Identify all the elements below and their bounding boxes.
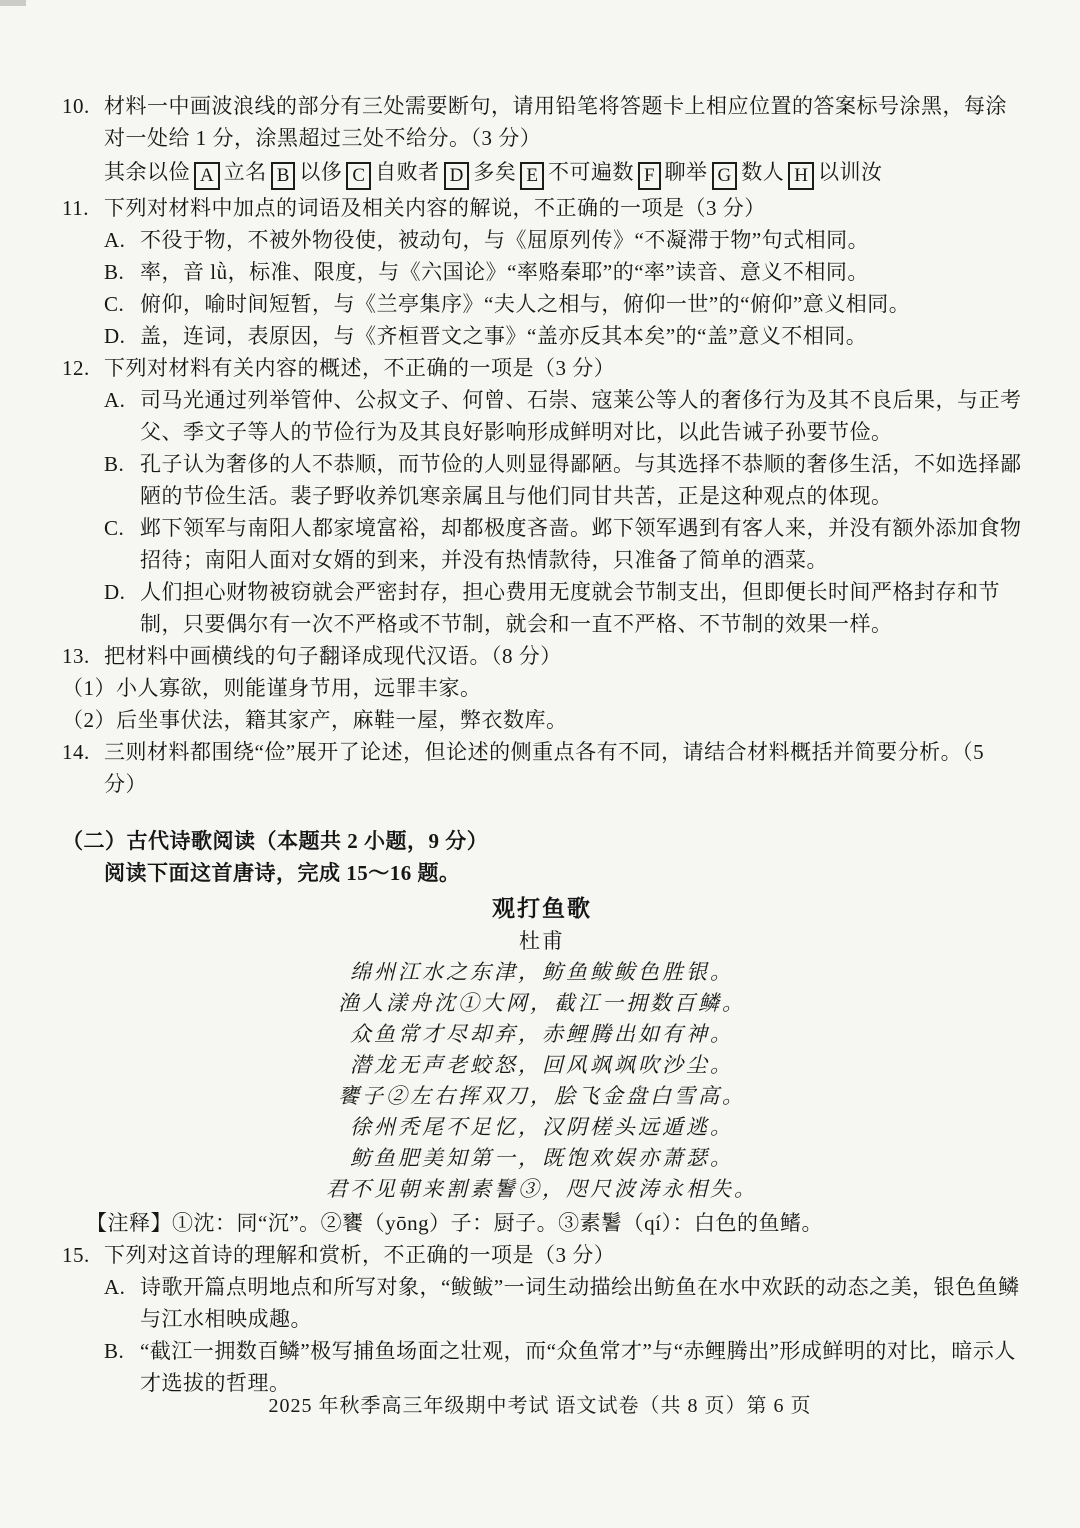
section-2-instruction: 阅读下面这首唐诗，完成 15～16 题。 — [62, 857, 1022, 889]
question-13-item-2: （2）后坐事伏法，籍其家产，麻鞋一屋，弊衣数库。 — [62, 704, 1022, 736]
seg-text: 以训汝 — [818, 160, 883, 184]
question-13-item-1: （1）小人寡欲，则能谨身节用，远罪丰家。 — [62, 672, 1022, 704]
option-11-d: D. 盖，连词，表原因，与《齐桓晋文之事》“盖亦反其本矣”的“盖”意义不相同。 — [104, 320, 1022, 352]
option-11-b: B. 率，音 lǜ，标准、限度，与《六国论》“率赂秦耶”的“率”读音、意义不相同… — [104, 256, 1022, 288]
question-13-number: 13. — [62, 640, 104, 672]
poem-line-7: 鲂鱼肥美知第一，既饱欢娱亦萧瑟。 — [62, 1143, 1022, 1174]
question-11-stem: 下列对材料中加点的词语及相关内容的解说，不正确的一项是（3 分） — [104, 192, 1022, 224]
seg-text: 立名 — [224, 160, 267, 184]
option-label: C. — [104, 512, 140, 576]
seg-box-g: G — [712, 162, 738, 190]
poem-line-1: 绵州江水之东津，鲂鱼鲅鲅色胜银。 — [62, 957, 1022, 988]
question-10-number: 10. — [62, 90, 104, 154]
question-12-number: 12. — [62, 352, 104, 384]
question-11-number: 11. — [62, 192, 104, 224]
seg-text: 以侈 — [299, 160, 342, 184]
question-14-stem: 三则材料都围绕“俭”展开了论述，但论述的侧重点各有不同，请结合材料概括并简要分析… — [104, 736, 1022, 800]
option-15-a: A. 诗歌开篇点明地点和所写对象，“鲅鲅”一词生动描绘出鲂鱼在水中欢跃的动态之美… — [104, 1271, 1022, 1335]
option-text: 俯仰，喻时间短暂，与《兰亭集序》“夫人之相与，俯仰一世”的“俯仰”意义相同。 — [140, 288, 1022, 320]
seg-box-h: H — [788, 162, 814, 190]
question-15-options: A. 诗歌开篇点明地点和所写对象，“鲅鲅”一词生动描绘出鲂鱼在水中欢跃的动态之美… — [62, 1271, 1022, 1399]
question-11-options: A. 不役于物，不被外物役使，被动句，与《屈原列传》“不凝滞于物”句式相同。 B… — [62, 224, 1022, 352]
question-13-items: （1）小人寡欲，则能谨身节用，远罪丰家。 （2）后坐事伏法，籍其家产，麻鞋一屋，… — [62, 672, 1022, 736]
option-12-c: C. 邺下领军与南阳人都家境富裕，却都极度吝啬。邺下领军遇到有客人来，并没有额外… — [104, 512, 1022, 576]
option-text: 率，音 lǜ，标准、限度，与《六国论》“率赂秦耶”的“率”读音、意义不相同。 — [140, 256, 1022, 288]
poem-line-4: 潜龙无声老蛟怒，回风飒飒吹沙尘。 — [62, 1050, 1022, 1081]
question-14-number: 14. — [62, 736, 104, 800]
page-content: 10. 材料一中画波浪线的部分有三处需要断句，请用铅笔将答题卡上相应位置的答案标… — [62, 90, 1022, 1399]
seg-text: 数人 — [741, 160, 784, 184]
option-text: 诗歌开篇点明地点和所写对象，“鲅鲅”一词生动描绘出鲂鱼在水中欢跃的动态之美，银色… — [140, 1271, 1022, 1335]
option-label: A. — [104, 1271, 140, 1335]
question-10: 10. 材料一中画波浪线的部分有三处需要断句，请用铅笔将答题卡上相应位置的答案标… — [62, 90, 1022, 154]
question-13: 13. 把材料中画横线的句子翻译成现代汉语。（8 分） — [62, 640, 1022, 672]
option-text: 盖，连词，表原因，与《齐桓晋文之事》“盖亦反其本矣”的“盖”意义不相同。 — [140, 320, 1022, 352]
poem-footnotes: 【注释】①沈：同“沉”。②饔（yōng）子：厨子。③素鬐（qí）：白色的鱼鳍。 — [62, 1207, 1022, 1239]
exam-paper-page: 10. 材料一中画波浪线的部分有三处需要断句，请用铅笔将答题卡上相应位置的答案标… — [0, 0, 1080, 1528]
option-label: D. — [104, 576, 140, 640]
poem-line-5: 饔子②左右挥双刀，脍飞金盘白雪高。 — [62, 1081, 1022, 1112]
poem-title: 观打鱼歌 — [62, 892, 1022, 926]
option-text: 邺下领军与南阳人都家境富裕，却都极度吝啬。邺下领军遇到有客人来，并没有额外添加食… — [140, 512, 1022, 576]
seg-text: 多矣 — [473, 160, 516, 184]
poem-line-3: 众鱼常才尽却弃，赤鲤腾出如有神。 — [62, 1019, 1022, 1050]
poem-line-6: 徐州秃尾不足忆，汉阴槎头远遁逃。 — [62, 1112, 1022, 1143]
question-15: 15. 下列对这首诗的理解和赏析，不正确的一项是（3 分） — [62, 1239, 1022, 1271]
question-15-number: 15. — [62, 1239, 104, 1271]
option-label: B. — [104, 256, 140, 288]
question-10-text: 材料一中画波浪线的部分有三处需要断句，请用铅笔将答题卡上相应位置的答案标号涂黑，… — [104, 90, 1022, 154]
page-footer: 2025 年秋季高三年级期中考试 语文试卷（共 8 页）第 6 页 — [0, 1390, 1080, 1422]
option-text: 不役于物，不被外物役使，被动句，与《屈原列传》“不凝滞于物”句式相同。 — [140, 224, 1022, 256]
option-label: D. — [104, 320, 140, 352]
option-12-d: D. 人们担心财物被窃就会严密封存，担心费用无度就会节制支出，但即便长时间严格封… — [104, 576, 1022, 640]
option-text: 司马光通过列举管仲、公叔文子、何曾、石崇、寇莱公等人的奢侈行为及其不良后果，与正… — [140, 384, 1022, 448]
seg-box-c: C — [346, 162, 371, 190]
option-12-b: B. 孔子认为奢侈的人不恭顺，而节俭的人则显得鄙陋。与其选择不恭顺的奢侈生活，不… — [104, 448, 1022, 512]
poem-author: 杜甫 — [62, 926, 1022, 957]
option-label: B. — [104, 448, 140, 512]
seg-text: 聊举 — [665, 160, 708, 184]
question-15-stem: 下列对这首诗的理解和赏析，不正确的一项是（3 分） — [104, 1239, 1022, 1271]
seg-text: 自败者 — [375, 160, 440, 184]
question-13-stem: 把材料中画横线的句子翻译成现代汉语。（8 分） — [104, 640, 1022, 672]
question-11: 11. 下列对材料中加点的词语及相关内容的解说，不正确的一项是（3 分） — [62, 192, 1022, 224]
seg-box-f: F — [638, 162, 661, 190]
poem-line-2: 渔人漾舟沈①大网，截江一拥数百鳞。 — [62, 988, 1022, 1019]
seg-text: 其余以俭 — [104, 160, 190, 184]
option-label: A. — [104, 224, 140, 256]
poem-block: 观打鱼歌 杜甫 绵州江水之东津，鲂鱼鲅鲅色胜银。 渔人漾舟沈①大网，截江一拥数百… — [62, 892, 1022, 1205]
seg-box-a: A — [194, 162, 220, 190]
question-12-stem: 下列对材料有关内容的概述，不正确的一项是（3 分） — [104, 352, 1022, 384]
poem-line-8: 君不见朝来割素鬐③，咫尺波涛永相失。 — [62, 1174, 1022, 1205]
option-text: 孔子认为奢侈的人不恭顺，而节俭的人则显得鄙陋。与其选择不恭顺的奢侈生活，不如选择… — [140, 448, 1022, 512]
question-12-options: A. 司马光通过列举管仲、公叔文子、何曾、石崇、寇莱公等人的奢侈行为及其不良后果… — [62, 384, 1022, 640]
option-12-a: A. 司马光通过列举管仲、公叔文子、何曾、石崇、寇莱公等人的奢侈行为及其不良后果… — [104, 384, 1022, 448]
seg-text: 不可遍数 — [548, 160, 634, 184]
option-11-a: A. 不役于物，不被外物役使，被动句，与《屈原列传》“不凝滞于物”句式相同。 — [104, 224, 1022, 256]
seg-box-d: D — [444, 162, 470, 190]
seg-box-e: E — [520, 162, 544, 190]
option-label: A. — [104, 384, 140, 448]
question-10-segmentation-line: 其余以俭A立名B以侈C自败者D多矣E不可遍数F聊举G数人H以训汝 — [62, 156, 1022, 190]
question-12: 12. 下列对材料有关内容的概述，不正确的一项是（3 分） — [62, 352, 1022, 384]
seg-box-b: B — [271, 162, 296, 190]
option-11-c: C. 俯仰，喻时间短暂，与《兰亭集序》“夫人之相与，俯仰一世”的“俯仰”意义相同… — [104, 288, 1022, 320]
option-label: C. — [104, 288, 140, 320]
option-text: 人们担心财物被窃就会严密封存，担心费用无度就会节制支出，但即便长时间严格封存和节… — [140, 576, 1022, 640]
section-2-header: （二）古代诗歌阅读（本题共 2 小题，9 分） — [62, 825, 1022, 857]
question-14: 14. 三则材料都围绕“俭”展开了论述，但论述的侧重点各有不同，请结合材料概括并… — [62, 736, 1022, 800]
